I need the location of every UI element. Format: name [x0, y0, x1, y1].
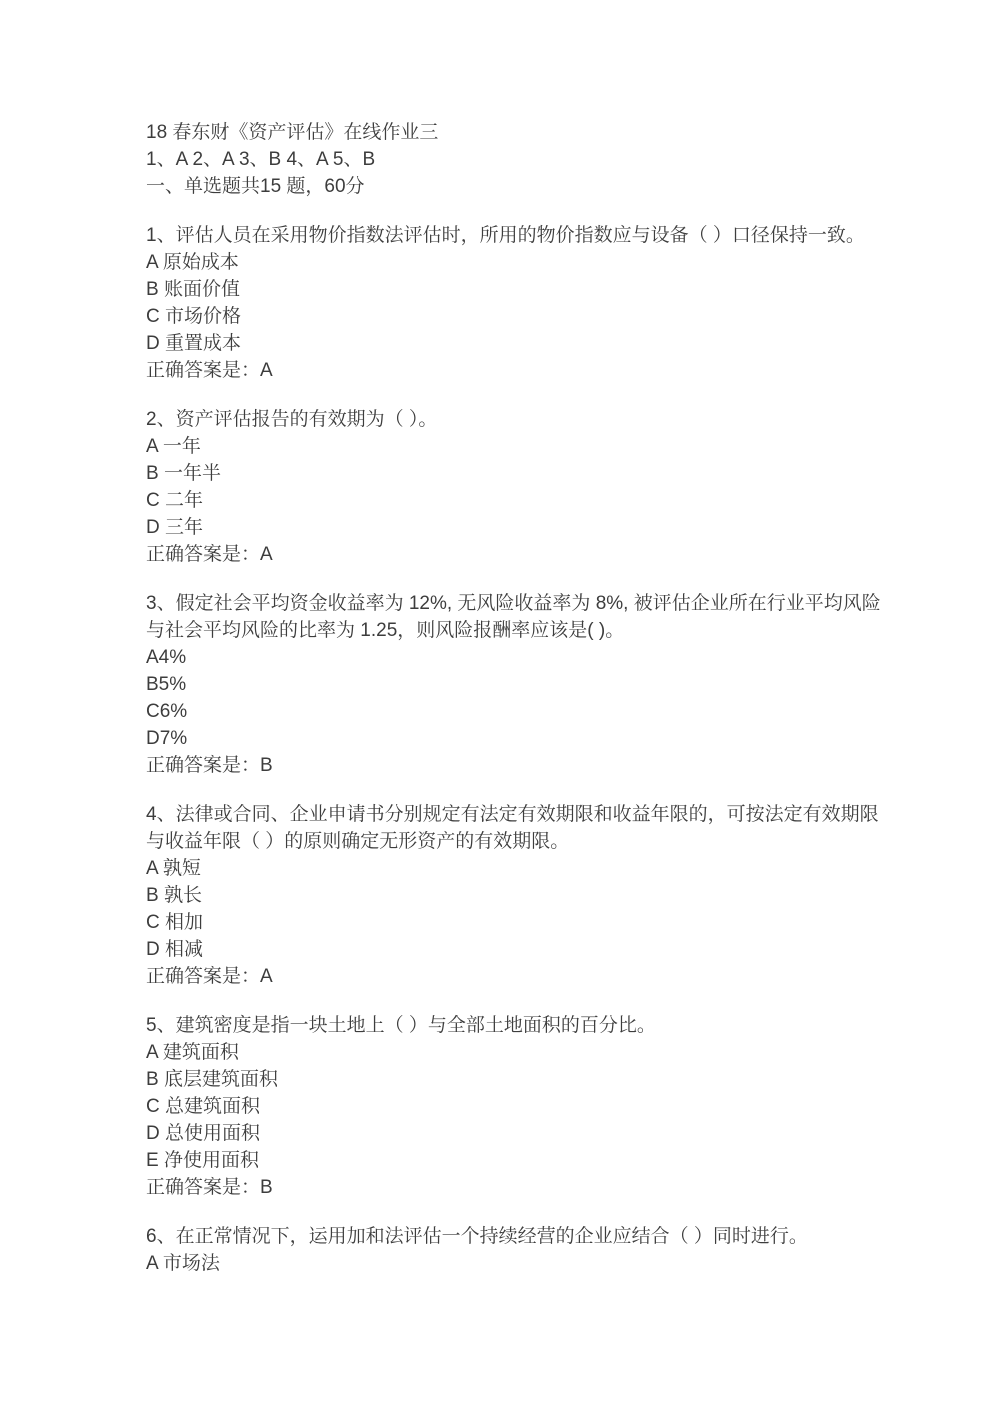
- question-stem: 6、在正常情况下，运用加和法评估一个持续经营的企业应结合（ ）同时进行。: [146, 1223, 882, 1250]
- question-option: C 总建筑面积: [146, 1093, 882, 1120]
- question-option: A 市场法: [146, 1250, 882, 1277]
- question-block: 5、建筑密度是指一块土地上（ ）与全部土地面积的百分比。 A 建筑面积B 底层建…: [146, 1012, 893, 1201]
- question-stem: 4、法律或合同、企业申请书分别规定有法定有效期限和收益年限的，可按法定有效期限与…: [146, 801, 882, 855]
- question-option: A 孰短: [146, 855, 882, 882]
- question-option: D 相减: [146, 936, 882, 963]
- question-option: C 相加: [146, 909, 882, 936]
- question-option: D 总使用面积: [146, 1120, 882, 1147]
- question-options: A4%B5%C6%D7%: [146, 644, 893, 752]
- question-stem: 3、假定社会平均资金收益率为 12%, 无风险收益率为 8%, 被评估企业所在行…: [146, 590, 882, 644]
- question-answer: 正确答案是：B: [146, 752, 882, 779]
- question-option: D 重置成本: [146, 330, 882, 357]
- question-option: C6%: [146, 698, 882, 725]
- question-stem: 2、资产评估报告的有效期为（ ）。: [146, 406, 882, 433]
- document-header: 18 春东财《资产评估》在线作业三 1、A 2、A 3、B 4、A 5、B 一、…: [146, 119, 893, 200]
- question-option: A 原始成本: [146, 249, 882, 276]
- question-answer: 正确答案是：B: [146, 1174, 882, 1201]
- question-stem: 5、建筑密度是指一块土地上（ ）与全部土地面积的百分比。: [146, 1012, 882, 1039]
- question-block: 1、评估人员在采用物价指数法评估时，所用的物价指数应与设备（ ）口径保持一致。 …: [146, 222, 893, 384]
- question-answer: 正确答案是：A: [146, 963, 882, 990]
- question-option: B 一年半: [146, 460, 882, 487]
- question-block: 2、资产评估报告的有效期为（ ）。 A 一年B 一年半C 二年D 三年 正确答案…: [146, 406, 893, 568]
- question-option: B 孰长: [146, 882, 882, 909]
- answer-key-line: 1、A 2、A 3、B 4、A 5、B: [146, 146, 882, 173]
- page-title: 18 春东财《资产评估》在线作业三: [146, 119, 882, 146]
- question-option: B 账面价值: [146, 276, 882, 303]
- question-option: A 一年: [146, 433, 882, 460]
- question-stem: 1、评估人员在采用物价指数法评估时，所用的物价指数应与设备（ ）口径保持一致。: [146, 222, 882, 249]
- section-header: 一、单选题共15 题，60分: [146, 173, 882, 200]
- question-answer: 正确答案是：A: [146, 541, 882, 568]
- question-block: 6、在正常情况下，运用加和法评估一个持续经营的企业应结合（ ）同时进行。 A 市…: [146, 1223, 893, 1277]
- question-option: C 二年: [146, 487, 882, 514]
- question-option: A 建筑面积: [146, 1039, 882, 1066]
- question-option: B5%: [146, 671, 882, 698]
- question-option: D7%: [146, 725, 882, 752]
- question-option: A4%: [146, 644, 882, 671]
- question-block: 3、假定社会平均资金收益率为 12%, 无风险收益率为 8%, 被评估企业所在行…: [146, 590, 893, 779]
- question-option: E 净使用面积: [146, 1147, 882, 1174]
- question-option: C 市场价格: [146, 303, 882, 330]
- question-option: D 三年: [146, 514, 882, 541]
- question-answer: 正确答案是：A: [146, 357, 882, 384]
- question-options: A 市场法: [146, 1250, 893, 1277]
- question-block: 4、法律或合同、企业申请书分别规定有法定有效期限和收益年限的，可按法定有效期限与…: [146, 801, 893, 990]
- question-options: A 一年B 一年半C 二年D 三年: [146, 433, 893, 541]
- question-options: A 原始成本B 账面价值C 市场价格D 重置成本: [146, 249, 893, 357]
- question-option: B 底层建筑面积: [146, 1066, 882, 1093]
- question-options: A 建筑面积B 底层建筑面积C 总建筑面积D 总使用面积E 净使用面积: [146, 1039, 893, 1174]
- document-page: 18 春东财《资产评估》在线作业三 1、A 2、A 3、B 4、A 5、B 一、…: [0, 0, 993, 1277]
- questions: 1、评估人员在采用物价指数法评估时，所用的物价指数应与设备（ ）口径保持一致。 …: [146, 222, 893, 1277]
- question-options: A 孰短B 孰长C 相加D 相减: [146, 855, 893, 963]
